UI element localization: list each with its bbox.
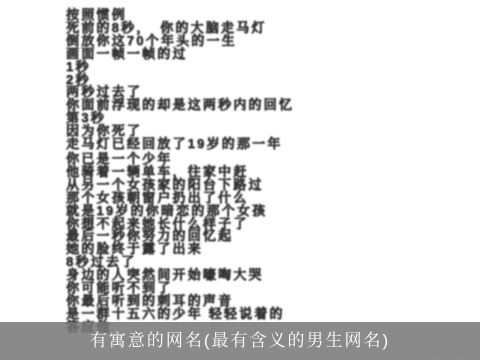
watermark: ··· ···· ·· ···· xyxy=(410,350,470,357)
article-line: 1秒 xyxy=(66,61,294,74)
article-line: 走马灯已经回放了19岁的那一年 xyxy=(66,138,294,151)
caption-title: 有寓意的网名(最有含义的男生网名) xyxy=(0,326,480,351)
article-line: 画面一帧一帧的过 xyxy=(66,48,294,61)
article-paragraph-2: 你已是一个少年 他骑着一辆单车，往家中赶 从另一个女孩家的阳台下路过 那个女孩朝… xyxy=(66,153,285,334)
article-paragraph-1: 按照惯例 死前的8秒， 你的大脑走马灯 倒放你这70个年头的一生 画面一帧一帧的… xyxy=(66,9,294,151)
article-image: 按照惯例 死前的8秒， 你的大脑走马灯 倒放你这70个年头的一生 画面一帧一帧的… xyxy=(0,0,480,360)
caption-bar: 有寓意的网名(最有含义的男生网名) ··· ···· ·· ···· xyxy=(0,322,480,360)
